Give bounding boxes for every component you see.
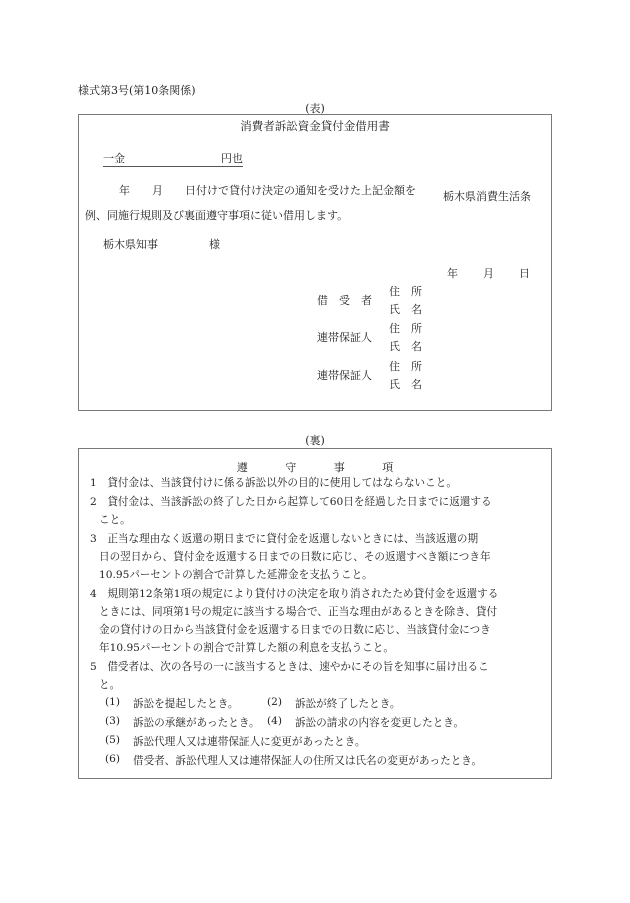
sub-item-4-num: (4): [267, 715, 282, 727]
amount-prefix: 一金: [103, 150, 125, 166]
loan-agreement-front: 消費者訴訟資金貸付金借用書 一金 円也 年 月 日付けで貸付け決定の通知を受けた…: [78, 114, 552, 411]
sub-item-2-num: (2): [267, 696, 282, 708]
back-side-label: (裏): [285, 432, 345, 448]
form-number: 様式第3号(第10条関係): [78, 82, 196, 98]
body-text-line-2: 例、同施行規則及び裏面遵守事項に従い借用します。: [85, 207, 348, 223]
compliance-title-char: 事: [334, 459, 345, 475]
date-year-field[interactable]: 年: [447, 265, 458, 281]
compliance-title-char: 項: [382, 459, 393, 475]
guarantor-2-address-field[interactable]: 住 所: [389, 358, 422, 374]
compliance-item-3-cont: 10.95パーセントの割合で計算した延滞金を支払うこと。: [99, 567, 373, 582]
compliance-item-1: 1 貸付金は、当該貸付けに係る訴訟以外の目的に使用してはならないこと。: [90, 475, 457, 490]
compliance-items-back: 遵 守 事 項 1 貸付金は、当該貸付けに係る訴訟以外の目的に使用してはならない…: [78, 448, 552, 779]
sub-item-1-num: (1): [105, 696, 120, 708]
guarantor-1-name-field[interactable]: 氏 名: [389, 338, 422, 354]
compliance-item-3: 3 正当な理由なく返還の期日までに貸付金を返還しないときには、当該返還の期: [90, 531, 478, 546]
addressee-honorific: 様: [209, 236, 220, 252]
borrower-name-field[interactable]: 氏 名: [389, 301, 422, 317]
sub-item-5-text: 訴訟代理人又は連帯保証人に変更があったとき。: [133, 734, 366, 749]
sub-item-3-num: (3): [105, 715, 120, 727]
signatory-role-borrower: 借 受 者: [317, 292, 372, 308]
compliance-item-5-cont: と。: [99, 677, 120, 692]
sub-item-6-num: (6): [105, 753, 120, 765]
compliance-title: 遵 守 事 項: [79, 459, 551, 475]
signatory-role-guarantor-1: 連帯保証人: [317, 329, 372, 345]
compliance-item-2-cont: こと。: [99, 512, 131, 527]
compliance-item-5: 5 借受者は、次の各号の一に該当するときは、速やかにその旨を知事に届け出るこ: [90, 659, 489, 674]
compliance-item-4-cont: 金の貸付けの日から当該貸付金を返還する日までの日数に応じ、当該貸付金につき: [99, 622, 491, 637]
sub-item-5-num: (5): [105, 734, 120, 746]
compliance-title-char: 遵: [237, 459, 248, 475]
compliance-item-4-cont: 年10.95パーセントの割合で計算した額の利息を支払うこと。: [99, 640, 394, 655]
amount-field[interactable]: 一金 円也: [103, 150, 243, 167]
sub-item-2-text: 訴訟が終了したとき。: [295, 696, 401, 711]
guarantor-1-address-field[interactable]: 住 所: [389, 320, 422, 336]
compliance-item-4-cont: ときには、同項第1号の規定に該当する場合で、正当な理由があるときを除き、貸付: [99, 604, 497, 619]
guarantor-2-name-field[interactable]: 氏 名: [389, 376, 422, 392]
date-month-field[interactable]: 月: [483, 265, 494, 281]
addressee-name: 栃木県知事: [103, 238, 158, 251]
sub-item-6-text: 借受者、訴訟代理人又は連帯保証人の住所又は氏名の変更があったとき。: [133, 753, 482, 768]
addressee: 栃木県知事 様: [103, 236, 158, 252]
amount-suffix: 円也: [221, 150, 243, 166]
date-day-field[interactable]: 日: [519, 265, 530, 281]
compliance-item-2: 2 貸付金は、当該訴訟の終了した日から起算して60日を経過した日までに返還する: [90, 494, 492, 509]
sub-item-1-text: 訴訟を提起したとき。: [133, 696, 239, 711]
sub-item-3-text: 訴訟の承継があったとき。: [133, 715, 260, 730]
sub-item-4-text: 訴訟の請求の内容を変更したとき。: [295, 715, 464, 730]
body-text-line-1-tail: 栃木県消費生活条: [443, 188, 531, 204]
borrower-address-field[interactable]: 住 所: [389, 283, 422, 299]
compliance-item-4: 4 規則第12条第1項の規定により貸付けの決定を取り消されたため貸付金を返還する: [90, 586, 498, 601]
compliance-item-3-cont: 日の翌日から、貸付金を返還する日までの日数に応じ、その返還すべき額につき年: [99, 549, 491, 564]
body-text-line-1: 年 月 日付けで貸付け決定の通知を受けた上記金額を: [119, 182, 416, 198]
document-title: 消費者訴訟資金貸付金借用書: [79, 118, 551, 134]
compliance-title-char: 守: [285, 459, 296, 475]
signatory-role-guarantor-2: 連帯保証人: [317, 367, 372, 383]
